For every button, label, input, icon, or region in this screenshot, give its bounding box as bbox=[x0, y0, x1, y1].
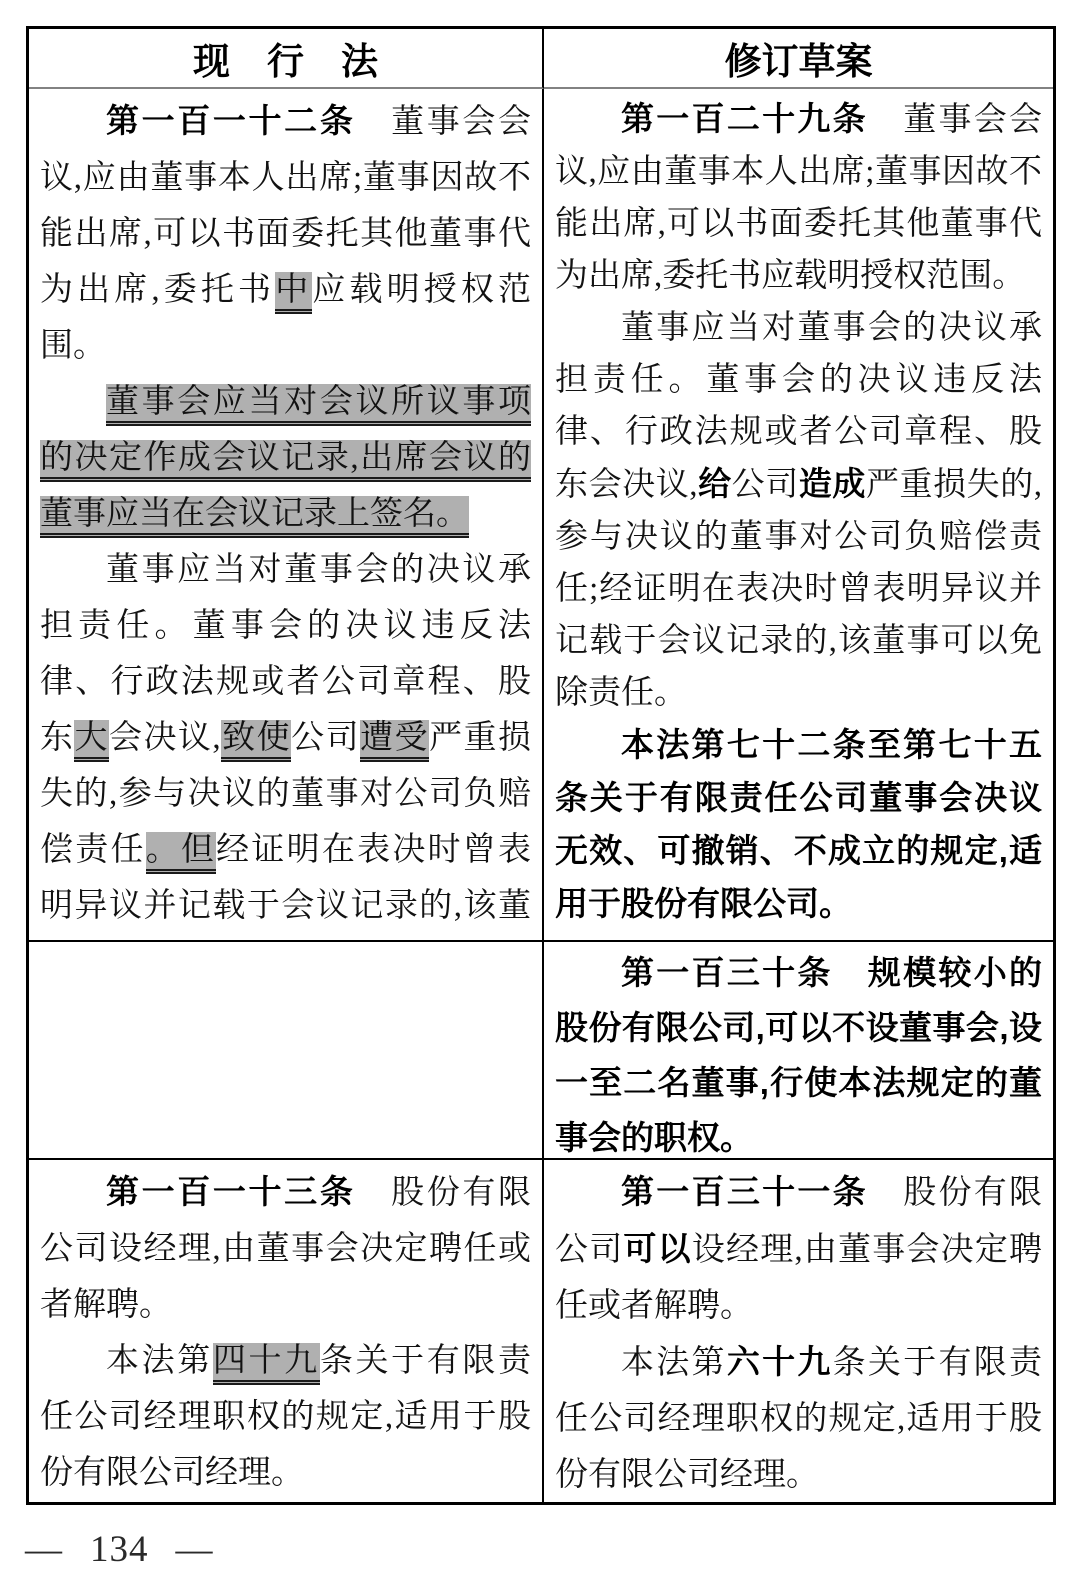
law-comparison-table: 现 行 法 修订草案 第一百一十二条 董事会会议,应由董事本人出席;董事因故不能… bbox=[26, 26, 1056, 1505]
cell-draft-article-130: 第一百三十条 规模较小的股份有限公司,可以不设董事会,设一至二名董事,行使本法规… bbox=[544, 942, 1053, 1160]
deleted-text: 遭受 bbox=[360, 720, 429, 762]
cell-current-law-article-112: 第一百一十二条 董事会会议,应由董事本人出席;董事因故不能出席,可以书面委托其他… bbox=[29, 89, 544, 942]
deleted-text: 。但 bbox=[146, 832, 216, 874]
article-number: 第一百三十一条 bbox=[621, 1173, 868, 1210]
text-run: 本法第 bbox=[621, 1345, 727, 1381]
added-text: 可以 bbox=[623, 1230, 691, 1267]
added-text: 造成 bbox=[799, 465, 866, 502]
header-revised-draft: 修订草案 bbox=[544, 29, 1053, 89]
article-number: 第一百一十二条 bbox=[106, 102, 355, 139]
text-run: 本法第 bbox=[106, 1343, 213, 1379]
cell-draft-article-131: 第一百三十一条 股份有限公司可以设经理,由董事会决定聘任或者解聘。本法第六十九条… bbox=[544, 1160, 1053, 1502]
law-paragraph: 第一百二十九条 董事会会议,应由董事本人出席;董事因故不能出席,可以书面委托其他… bbox=[555, 93, 1042, 302]
text-run: 严重损失的,参与决议的董事对公司负赔偿责任;经证明在表决时曾表明异议并记载于会议… bbox=[555, 467, 1042, 711]
deleted-text: 董事会应当对会议所议事项的决定作成会议记录,出席会议的董事应当在会议记录上签名。 bbox=[40, 384, 531, 538]
deleted-text: 四十九 bbox=[213, 1343, 320, 1385]
law-paragraph: 第一百三十一条 股份有限公司可以设经理,由董事会决定聘任或者解聘。 bbox=[555, 1164, 1042, 1334]
footer-page-number: 134 bbox=[90, 1528, 149, 1571]
added-text: 给 bbox=[698, 465, 732, 502]
law-paragraph: 本法第四十九条关于有限责任公司经理职权的规定,适用于股份有限公司经理。 bbox=[40, 1333, 531, 1501]
document-page: { "page": { "footer": { "dash_left": "—"… bbox=[0, 0, 1080, 1596]
article-number: 第一百一十三条 bbox=[106, 1173, 355, 1210]
added-text: 本法第七十二条至第七十五条关于有限责任公司董事会决议无效、可撤销、不成立的规定,… bbox=[555, 726, 1042, 922]
cell-draft-article-129: 第一百二十九条 董事会会议,应由董事本人出席;董事因故不能出席,可以书面委托其他… bbox=[544, 89, 1053, 942]
law-paragraph: 第一百一十二条 董事会会议,应由董事本人出席;董事因故不能出席,可以书面委托其他… bbox=[40, 93, 531, 374]
law-paragraph: 第一百三十条 规模较小的股份有限公司,可以不设董事会,设一至二名董事,行使本法规… bbox=[555, 946, 1042, 1160]
deleted-text: 中 bbox=[275, 272, 312, 314]
added-text: 六十九 bbox=[727, 1343, 833, 1380]
text-run: 公司 bbox=[732, 467, 799, 503]
deleted-text: 致使 bbox=[221, 720, 291, 762]
law-paragraph: 第一百一十三条 股份有限公司设经理,由董事会决定聘任或者解聘。 bbox=[40, 1164, 531, 1333]
cell-current-law-article-113: 第一百一十三条 股份有限公司设经理,由董事会决定聘任或者解聘。本法第四十九条关于… bbox=[29, 1160, 544, 1502]
law-paragraph: 本法第七十二条至第七十五条关于有限责任公司董事会决议无效、可撤销、不成立的规定,… bbox=[555, 719, 1042, 931]
deleted-text: 大 bbox=[74, 720, 108, 762]
law-paragraph: 本法第六十九条关于有限责任公司经理职权的规定,适用于股份有限公司经理。 bbox=[555, 1334, 1042, 1502]
footer-dash-right: — bbox=[176, 1528, 214, 1571]
page-number-footer: — 134 — bbox=[25, 1524, 214, 1574]
header-current-law: 现 行 法 bbox=[29, 29, 544, 89]
law-paragraph: 董事会应当对会议所议事项的决定作成会议记录,出席会议的董事应当在会议记录上签名。 bbox=[40, 374, 531, 542]
law-paragraph: 董事应当对董事会的决议承担责任。董事会的决议违反法律、行政法规或者公司章程、股东… bbox=[40, 542, 531, 942]
article-number: 第一百二十九条 bbox=[621, 100, 868, 137]
law-paragraph: 董事应当对董事会的决议承担责任。董事会的决议违反法律、行政法规或者公司章程、股东… bbox=[555, 302, 1042, 719]
text-run: 公司 bbox=[291, 720, 360, 756]
text-run: 会决议, bbox=[109, 720, 221, 756]
article-number: 第一百三十条 bbox=[621, 954, 833, 991]
footer-dash-left: — bbox=[25, 1528, 63, 1571]
cell-current-law-empty bbox=[29, 942, 544, 1160]
